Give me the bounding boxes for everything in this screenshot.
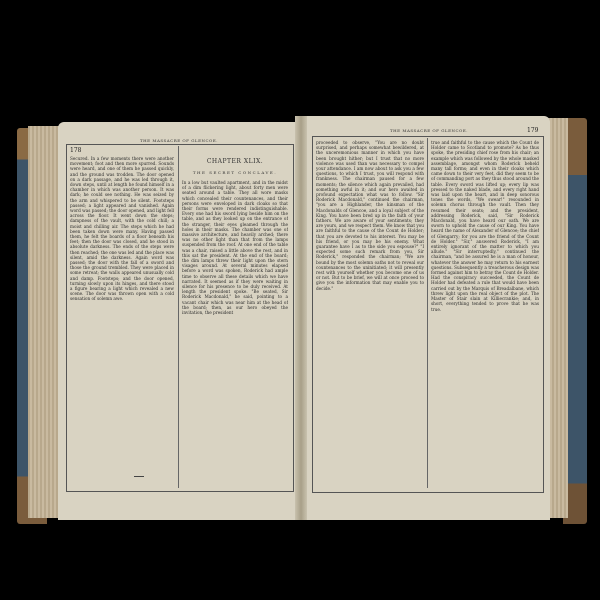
left-page-column-2: In a low but vaulted apartment, and in t… [182, 180, 288, 476]
right-page-column-2: true and faithful to the cause which the… [431, 140, 539, 486]
chapter-subtitle: THE SECRET CONCLAVE. [182, 170, 288, 175]
left-column-rule [178, 146, 179, 488]
section-end-dash [134, 476, 144, 477]
right-page-number: 179 [527, 127, 538, 134]
page-edges-right [548, 118, 568, 518]
left-running-head: THE MASSACRE OF GLENCOE. [140, 138, 218, 143]
left-page-column-1: Secured. In a few moments there were ano… [70, 156, 174, 442]
right-page-column-1: proceeded to observe, "You are no doubt … [316, 140, 424, 486]
right-running-head: THE MASSACRE OF GLENCOE. [390, 128, 468, 133]
left-page-number: 178 [70, 147, 81, 154]
right-column-rule [427, 138, 428, 488]
book-gutter [295, 116, 307, 520]
chapter-title: CHAPTER XLIX. [182, 158, 288, 165]
open-book: 178 THE MASSACRE OF GLENCOE. Secured. In… [0, 0, 600, 600]
